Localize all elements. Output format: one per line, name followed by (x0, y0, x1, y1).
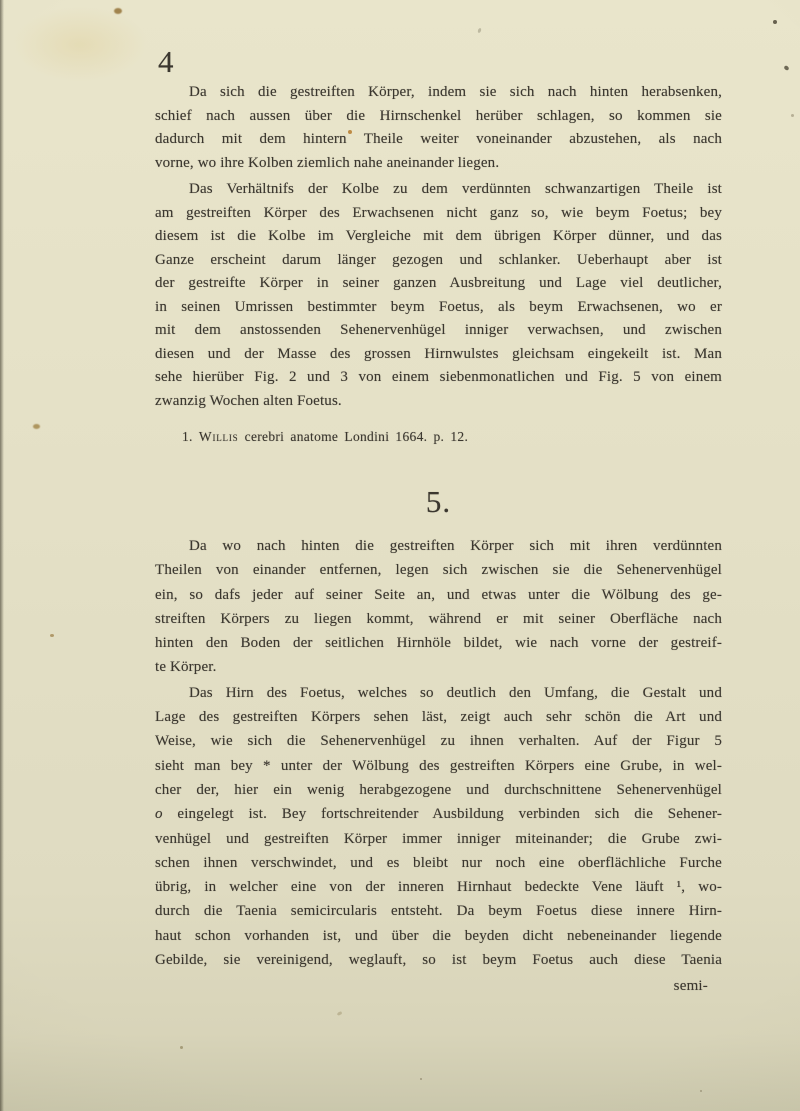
text-line: sehe hierüber Fig. 2 und 3 von einem sie… (155, 366, 722, 390)
text-line: Lage des gestreiften Körpers sehen läst,… (155, 705, 722, 729)
footnote: 1. Willis cerebri anatome Londini 1664. … (155, 429, 722, 445)
text-line: mit dem anstossenden Sehenervenhügel inn… (155, 319, 722, 343)
text-line: der gestreifte Körper in seiner ganzen A… (155, 272, 722, 296)
text-line: dadurch mit dem hintern Theile weiter vo… (155, 128, 722, 152)
paper-speck (783, 65, 789, 71)
text-line: o eingelegt ist. Bey fortschreitender Au… (155, 802, 722, 826)
paper-speck (180, 1046, 183, 1049)
text-line: durch die Taenia semicircularis entsteht… (155, 899, 722, 923)
footnote-author: Willis (199, 429, 239, 444)
lower-text-block: Da wo nach hinten die gestreiften Körper… (155, 534, 722, 972)
paper-speck (420, 1078, 422, 1080)
page-number: 4 (158, 46, 174, 77)
text-line: in seinen Umrissen bestimmter beym Foetu… (155, 296, 722, 320)
text-line: diesen und der Masse des grossen Hirnwul… (155, 343, 722, 367)
text-line: Weise, wie sich die Sehenervenhügel zu i… (155, 729, 722, 753)
catchword: semi- (155, 977, 722, 995)
text-line: übrig, in welcher eine von der inneren H… (155, 875, 722, 899)
text-line: Gebilde, sie vereinigend, weglauft, so i… (155, 948, 722, 972)
text-line: haut schon vorhanden ist, und über die b… (155, 924, 722, 948)
text-line: venhügel und gestreiften Körper immer in… (155, 827, 722, 851)
paper-speck (773, 20, 777, 24)
text-line: cher der, hier ein wenig herabgezogene u… (155, 778, 722, 802)
page-edge-shadow (0, 0, 4, 1111)
paper-speck (33, 424, 40, 429)
paper-speck (114, 8, 122, 14)
paper-speck (50, 634, 54, 637)
paragraph: Da wo nach hinten die gestreiften Körper… (155, 534, 722, 680)
paper-speck (477, 28, 482, 34)
text-line: Das Hirn des Foetus, welches so deutlich… (155, 681, 722, 705)
paragraph: Das Verhältnifs der Kolbe zu dem verdünn… (155, 178, 722, 413)
text-line: Das Verhältnifs der Kolbe zu dem verdünn… (155, 178, 722, 202)
text-line: ein, so dafs jeder auf seiner Seite an, … (155, 583, 722, 607)
text-line: Da wo nach hinten die gestreiften Körper… (155, 534, 722, 558)
paper-speck (337, 1011, 343, 1016)
text-line: Theilen von einander entfernen, legen si… (155, 558, 722, 582)
footnote-marker: 1. (182, 429, 193, 444)
paper-corner-shadow (0, 1011, 140, 1111)
footnote-text: cerebri anatome Londini 1664. p. 12. (245, 429, 469, 444)
text-line: zwanzig Wochen alten Foetus. (155, 390, 722, 414)
text-line: Ganze erscheint darum länger gezogen und… (155, 249, 722, 273)
text-line: sieht man bey * unter der Wölbung des ge… (155, 754, 722, 778)
paper-corner-tint (0, 0, 150, 120)
text-line: te Körper. (155, 655, 722, 679)
figure-label-italic: o (155, 806, 163, 822)
paper-speck (791, 114, 794, 117)
paper-speck (700, 1090, 702, 1092)
upper-text-block: Da sich die gestreiften Körper, indem si… (155, 81, 722, 413)
text-line: hinten den Boden der seitlichen Hirnhöle… (155, 631, 722, 655)
text-line: schen ihnen verschwindet, und es bleibt … (155, 851, 722, 875)
section-number: 5. (155, 486, 722, 517)
paragraph: Da sich die gestreiften Körper, indem si… (155, 81, 722, 175)
text-line: streiften Körpers zu liegen kommt, währe… (155, 607, 722, 631)
text-line: am gestreiften Körper des Erwachsenen ni… (155, 202, 722, 226)
text-line: schief nach aussen über die Hirnschenkel… (155, 105, 722, 129)
text-line: Da sich die gestreiften Körper, indem si… (155, 81, 722, 105)
text-line: vorne, wo ihre Kolben ziemlich nahe anei… (155, 152, 722, 176)
paragraph: Das Hirn des Foetus, welches so deutlich… (155, 681, 722, 973)
text-line: diesem ist die Kolbe im Vergleiche mit d… (155, 225, 722, 249)
book-page: 4 Da sich die gestreiften Körper, indem … (0, 0, 800, 1111)
